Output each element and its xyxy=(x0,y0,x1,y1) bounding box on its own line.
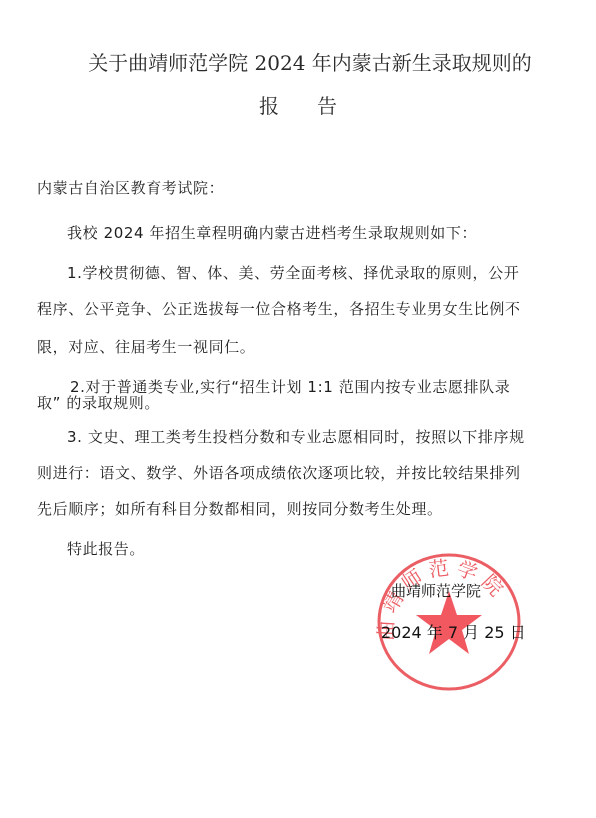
rule1-line2: 程序、公平竞争、公正选拔每一位合格考生，各招生专业男女生比例不 xyxy=(37,298,521,319)
document-page: 关于曲靖师范学院 2024 年内蒙古新生录取规则的 报告 内蒙古自治区教育考试院… xyxy=(0,0,596,818)
document-title-line2: 报告 xyxy=(0,90,596,119)
rule3-line2: 则进行：语文、数学、外语各项成绩依次逐项比较，并按比较结果排列 xyxy=(37,462,521,483)
rule3-line1: 3. 文史、理工类考生投档分数和专业志愿相同时，按照以下排序规 xyxy=(67,426,525,447)
intro-paragraph: 我校 2024 年招生章程明确内蒙古进档考生录取规则如下： xyxy=(67,222,477,243)
rule3-line3: 先后顺序；如所有科目分数都相同，则按同分数考生处理。 xyxy=(37,498,443,519)
closing-text: 特此报告。 xyxy=(67,538,145,559)
signature-institution: 曲靖师范学院 xyxy=(391,580,481,601)
signature-date: 2024 年 7 月 25 日 xyxy=(381,620,526,643)
rule1-line3: 限，对应、往届考生一视同仁。 xyxy=(37,336,255,357)
rule1-line1: 1.学校贯彻德、智、体、美、劳全面考核、择优录取的原则，公开 xyxy=(67,262,519,283)
salutation: 内蒙古自治区教育考试院： xyxy=(37,177,224,198)
document-title-line1: 关于曲靖师范学院 2024 年内蒙古新生录取规则的 xyxy=(0,47,596,76)
title-report-char2: 告 xyxy=(317,90,337,119)
title-report-char1: 报 xyxy=(259,90,279,119)
rule2-line2: 取” 的录取规则。 xyxy=(37,392,160,413)
